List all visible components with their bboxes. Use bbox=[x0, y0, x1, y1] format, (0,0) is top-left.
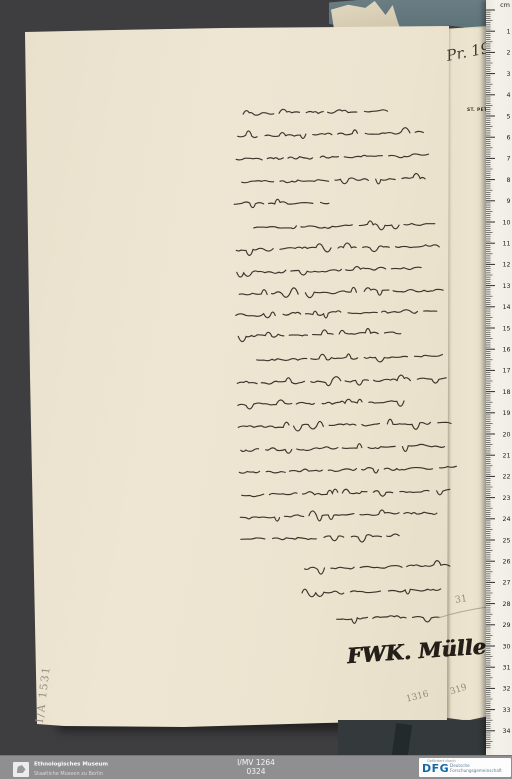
pencil-margin-number: 31 bbox=[454, 593, 468, 606]
dfg-name: DeutscheForschungsgemeinschaft bbox=[450, 764, 502, 773]
ruler-number: 2 bbox=[506, 50, 510, 57]
ruler-number: 16 bbox=[502, 347, 510, 354]
ruler-number: 17 bbox=[502, 368, 510, 375]
ruler-number: 33 bbox=[502, 707, 510, 714]
footer-bar: Ethnologisches Museum Staatliche Museen … bbox=[0, 755, 512, 779]
ruler-number: 27 bbox=[502, 580, 510, 587]
ruler-number: 18 bbox=[502, 389, 510, 396]
ruler-number: 11 bbox=[502, 241, 510, 248]
ruler-number: 32 bbox=[502, 686, 510, 693]
ruler-number: 15 bbox=[502, 325, 510, 332]
ruler-number: 24 bbox=[502, 516, 510, 523]
ruler-number: 29 bbox=[502, 622, 510, 629]
ruler-number: 19 bbox=[502, 410, 510, 417]
ruler-number: 13 bbox=[502, 283, 510, 290]
scan-viewport: Pr. 197 ST. PETE FWK. Müller I/A 1531 13… bbox=[0, 0, 512, 779]
second-page-edge bbox=[447, 26, 487, 722]
ruler-number: 30 bbox=[502, 643, 510, 650]
ruler-number: 14 bbox=[502, 304, 510, 311]
ruler-number: 34 bbox=[502, 728, 510, 735]
ruler-number: 1 bbox=[506, 29, 510, 36]
ruler-number: 20 bbox=[502, 431, 510, 438]
ruler-number: 7 bbox=[506, 156, 510, 163]
ruler-number: 12 bbox=[502, 262, 510, 269]
ruler-number: 22 bbox=[502, 474, 510, 481]
ruler-number: 5 bbox=[506, 113, 510, 120]
ruler-number: 9 bbox=[506, 198, 510, 205]
ruler-number: 25 bbox=[502, 537, 510, 544]
ruler-number: 6 bbox=[506, 135, 510, 142]
ruler: cm 1234567891011121314151617181920212223… bbox=[486, 0, 512, 756]
ruler-number: 8 bbox=[506, 177, 510, 184]
ruler-number: 26 bbox=[502, 559, 510, 566]
dfg-logo-box: Gefördert durch DFG DeutscheForschungsge… bbox=[419, 758, 511, 777]
ruler-number: 4 bbox=[506, 92, 510, 99]
dfg-logo: DFG bbox=[422, 762, 449, 775]
ruler-number: 28 bbox=[502, 601, 510, 608]
ruler-number: 21 bbox=[502, 453, 510, 460]
ruler-number: 3 bbox=[506, 71, 510, 78]
ruler-number: 10 bbox=[502, 219, 510, 226]
letter-page bbox=[24, 26, 449, 727]
ruler-number: 31 bbox=[502, 665, 510, 672]
ruler-number: 23 bbox=[502, 495, 510, 502]
